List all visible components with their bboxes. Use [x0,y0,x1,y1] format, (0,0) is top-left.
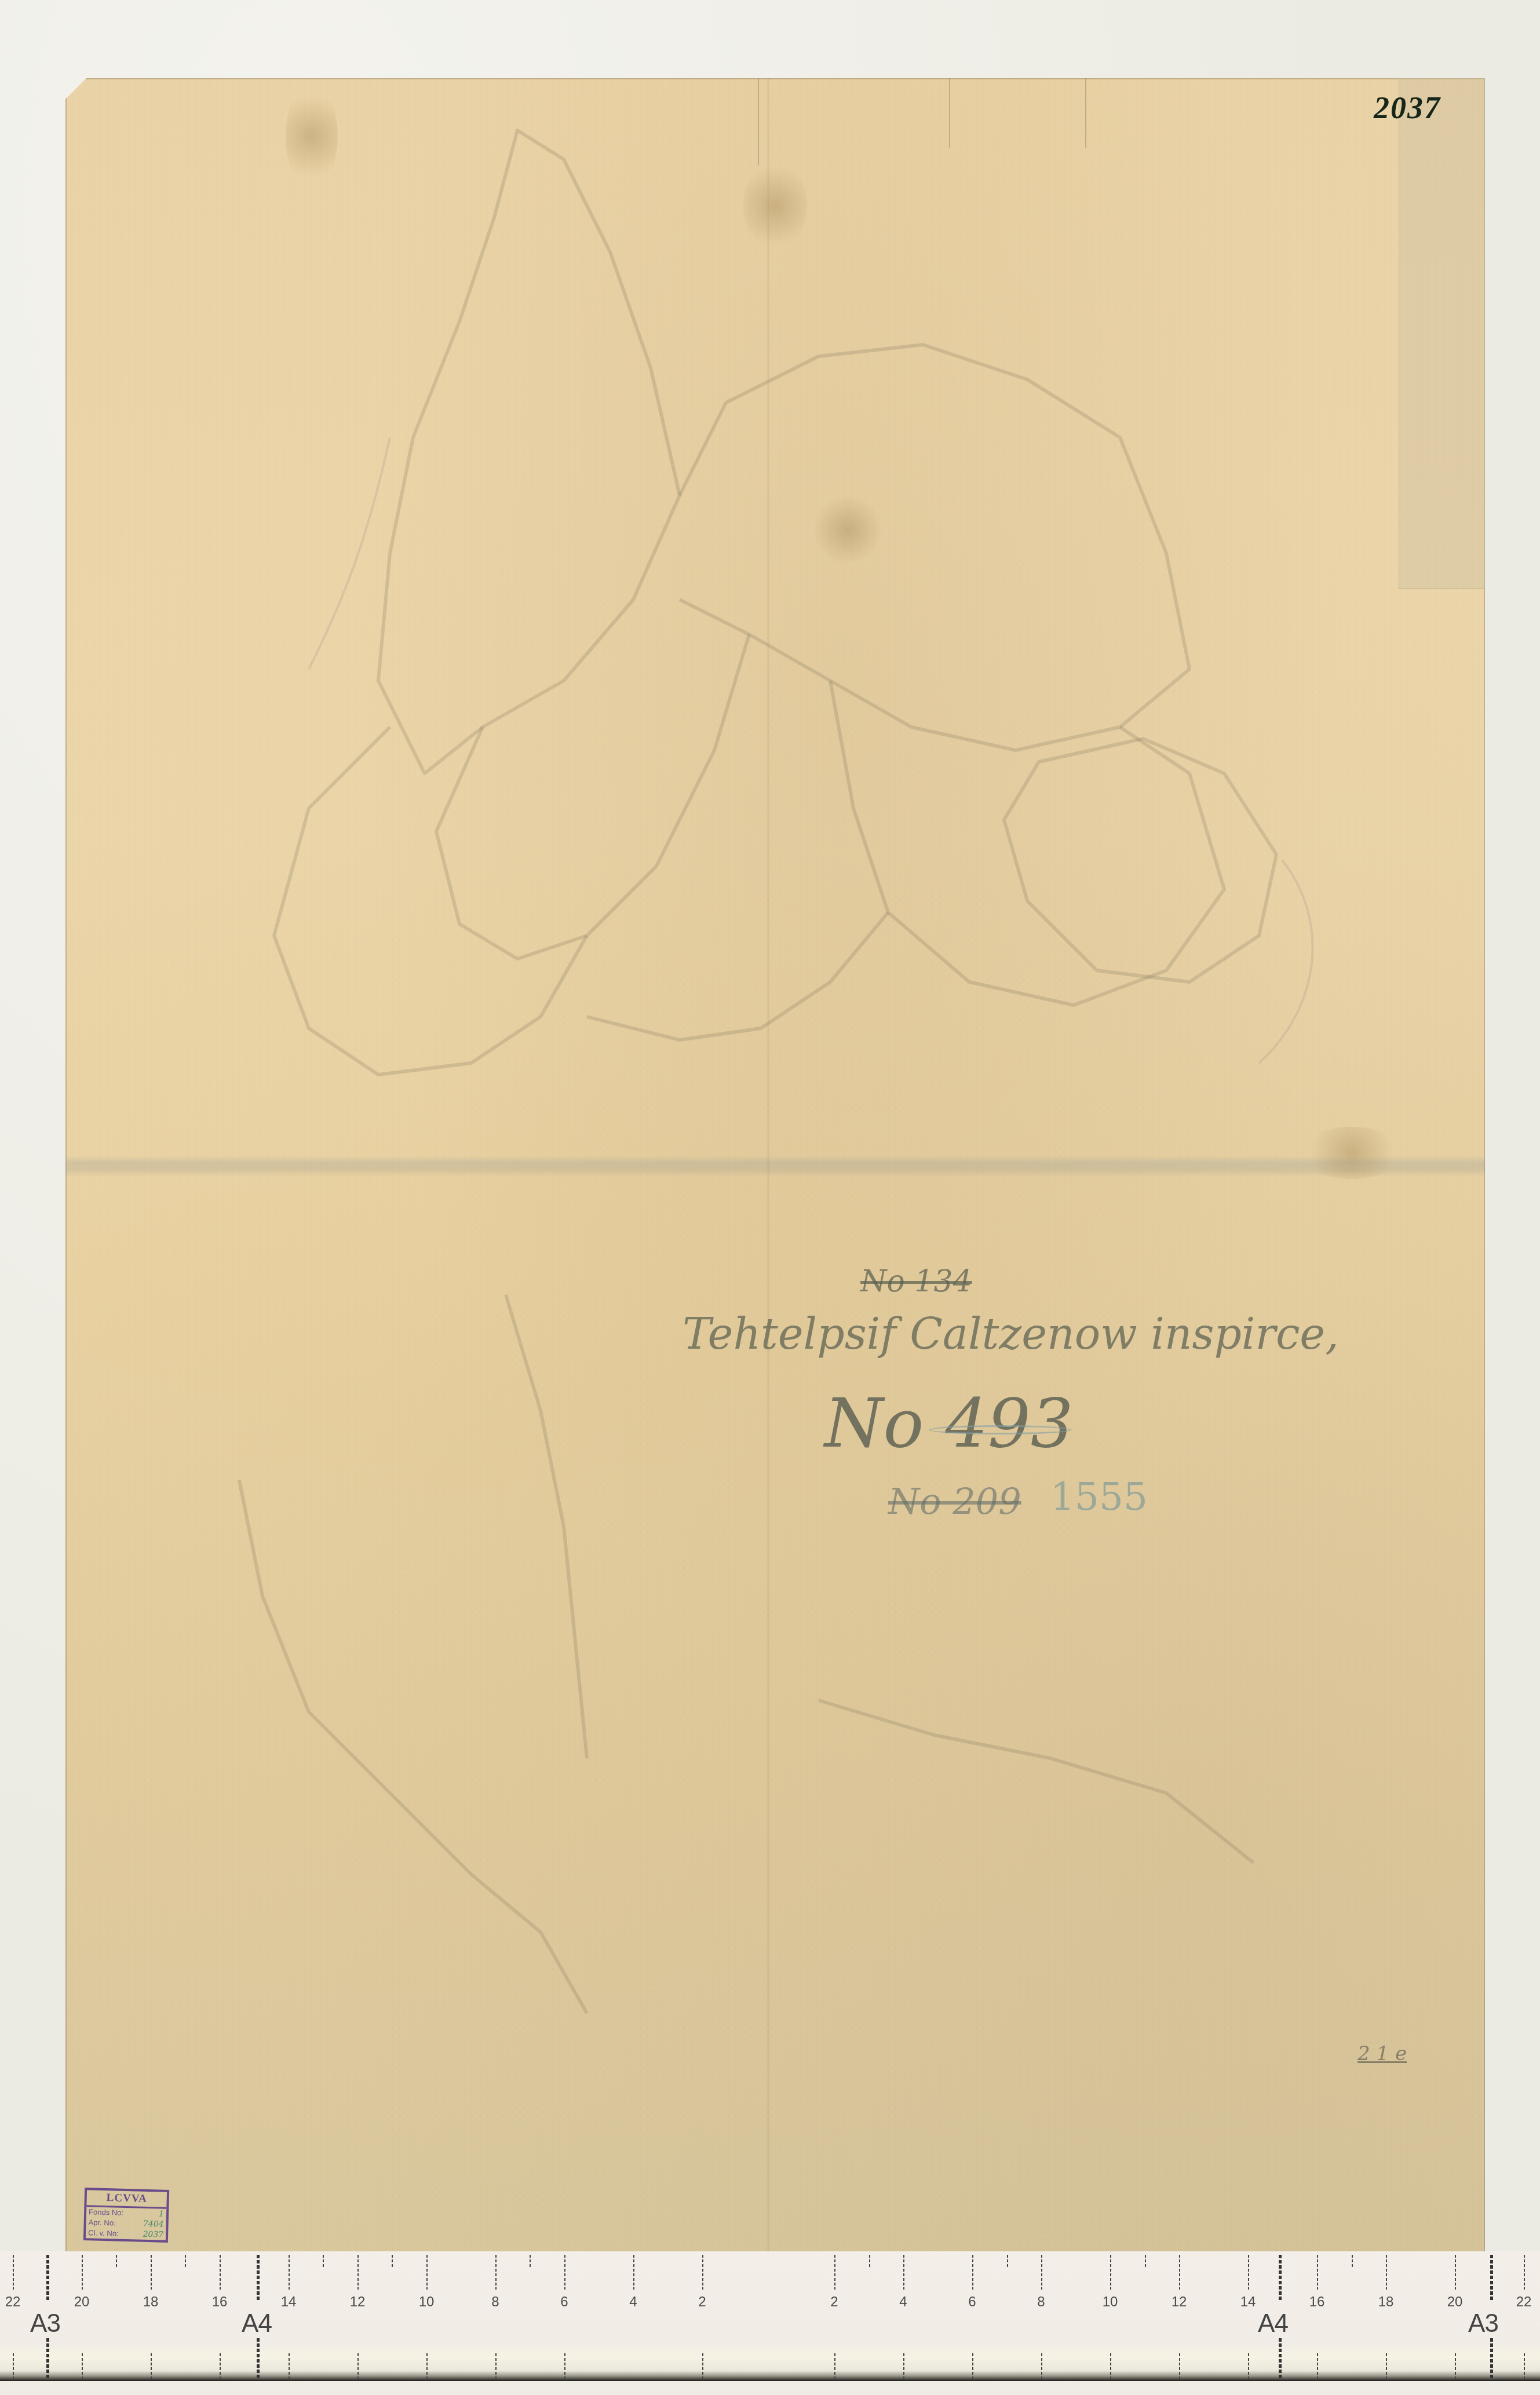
ruler-label: 20 [1447,2294,1463,2310]
ruler-tick [702,2353,703,2381]
format-mark-a4-right [1279,2338,1282,2379]
paper-seam [949,78,950,148]
ruler-label: 20 [74,2294,90,2310]
ruler-label: 18 [1378,2294,1394,2310]
format-mark-a3-left [46,2338,49,2379]
ruler-tick [1386,2353,1387,2381]
stamp-row-clv: Cl. v. No: 2037 [86,2228,166,2240]
ruler-tick [495,2255,497,2290]
ruler-tick [1455,2353,1456,2381]
ruler-tick-minor [185,2255,186,2268]
ruler-label: 8 [1037,2294,1045,2310]
old-reference-number: No 134 [860,1264,972,1299]
format-mark-a3-left [46,2255,49,2301]
ruler-tick [289,2353,290,2381]
ruler-tick [834,2255,835,2290]
stain [1300,1127,1404,1179]
catalog-number: 2037 [1374,90,1441,126]
measuring-ruler: 22 20 18 16 14 12 10 8 6 4 2 2 4 6 8 10 … [0,2251,1540,2381]
ruler-label: 10 [419,2294,435,2310]
ruler-tick [972,2255,973,2290]
format-mark-a3-right [1490,2338,1493,2379]
ruler-tick [82,2255,83,2290]
format-mark-a3-right [1490,2255,1493,2301]
ruler-label: 18 [143,2294,159,2310]
year-annotation: 1555 [1050,1474,1148,1519]
ruler-tick [564,2255,565,2290]
ruler-label: 14 [281,2294,297,2310]
handwritten-title: Tehtelpsif Caltzenow inspirce, [683,1309,1339,1359]
ruler-tick [1248,2255,1249,2290]
ruler-tick [1041,2255,1042,2290]
stain [286,84,338,188]
horizontal-fold-line [65,1156,1485,1177]
ruler-tick [564,2353,565,2381]
sub-reference-number: No 209 [888,1480,1021,1523]
format-label-a3: A3 [1468,2309,1498,2338]
ruler-tick [426,2255,428,2290]
ruler-label: 4 [629,2294,637,2310]
paper-seam [1085,78,1086,148]
stain [813,495,882,565]
stamp-label: Cl. v. No: [88,2228,119,2238]
stamp-value: 1 [159,2209,164,2218]
paper-seam [758,78,759,165]
ruler-label: 22 [5,2294,21,2310]
stamp-label: Apr. No: [88,2218,115,2228]
ruler-tick [1110,2255,1111,2290]
ruler-tick-minor [116,2255,117,2268]
ruler-tick [289,2255,290,2290]
ruler-tick [357,2353,359,2381]
main-reference-number-text: No 493 [824,1385,1074,1463]
ruler-label: 12 [1172,2294,1187,2310]
ruler-tick [495,2353,497,2381]
ruler-tick [357,2255,359,2290]
ruler-tick [151,2353,152,2381]
format-label-a4: A4 [1258,2309,1288,2338]
ruler-tick [1179,2255,1180,2290]
strikethrough-mark [929,1425,1071,1434]
ruler-label: 4 [899,2294,907,2310]
ruler-label: 6 [968,2294,976,2310]
ruler-tick [633,2255,634,2290]
ruler-tick [1110,2353,1111,2381]
ruler-label: 22 [1516,2294,1532,2310]
ruler-tick [834,2353,835,2381]
ruler-tick [1524,2353,1525,2381]
ruler-tick [151,2255,152,2290]
ruler-tick [903,2255,904,2290]
vertical-fold-line [767,78,770,2255]
stamp-archive-name: LCVVA [86,2190,167,2209]
ruler-tick [903,2353,904,2381]
ruler-tick [220,2255,221,2290]
format-label-a3: A3 [30,2309,60,2338]
ruler-tick [82,2353,83,2381]
ruler-label: 10 [1103,2294,1118,2310]
stamp-value: 2037 [143,2230,163,2240]
format-label-a4: A4 [242,2309,272,2338]
ruler-tick [1386,2255,1387,2290]
ruler-label: 6 [560,2294,568,2310]
ruler-label: 12 [350,2294,366,2310]
paper-strip-repair [1398,78,1485,589]
ruler-tick [1524,2255,1525,2290]
stamp-label: Fonds No: [89,2207,123,2218]
ruler-tick [1455,2255,1456,2290]
ruler-tick-minor [1007,2255,1008,2268]
format-mark-a4-left [257,2255,260,2301]
ruler-tick-minor [530,2255,531,2268]
ruler-tick [1248,2353,1249,2381]
ruler-tick-minor [1352,2255,1353,2268]
stamp-value: 7404 [143,2219,164,2229]
format-mark-a4-left [257,2338,260,2379]
stain [743,159,807,252]
main-reference-number: No 493 [824,1385,1074,1463]
map-sheet: 2037 No 134 Tehtelpsif Caltzenow inspirc… [65,78,1485,2255]
ruler-tick [1041,2353,1042,2381]
ruler-tick-minor [1145,2255,1146,2268]
ruler-label: 16 [212,2294,228,2310]
corner-pencil-mark: 2 1 e [1357,2042,1407,2065]
ruler-label: 14 [1240,2294,1256,2310]
ruler-tick-minor [392,2255,393,2268]
ruler-tick [702,2255,703,2290]
archive-stamp: LCVVA Fonds No: 1 Apr. No: 7404 Cl. v. N… [83,2188,169,2243]
format-mark-a4-right [1279,2255,1282,2301]
ruler-tick [1179,2353,1180,2381]
ruler-tick [1317,2255,1318,2290]
ruler-tick [1317,2353,1318,2381]
ruler-label: 8 [491,2294,499,2310]
ruler-label: 16 [1309,2294,1325,2310]
ruler-tick [13,2353,14,2381]
ruler-tick [220,2353,221,2381]
ruler-label: 2 [830,2294,838,2310]
ruler-tick-minor [323,2255,324,2268]
ruler-tick [426,2353,428,2381]
ruler-tick-minor [869,2255,870,2268]
ruler-tick [13,2255,14,2290]
ruler-label: 2 [698,2294,706,2310]
ruler-tick [972,2353,973,2381]
